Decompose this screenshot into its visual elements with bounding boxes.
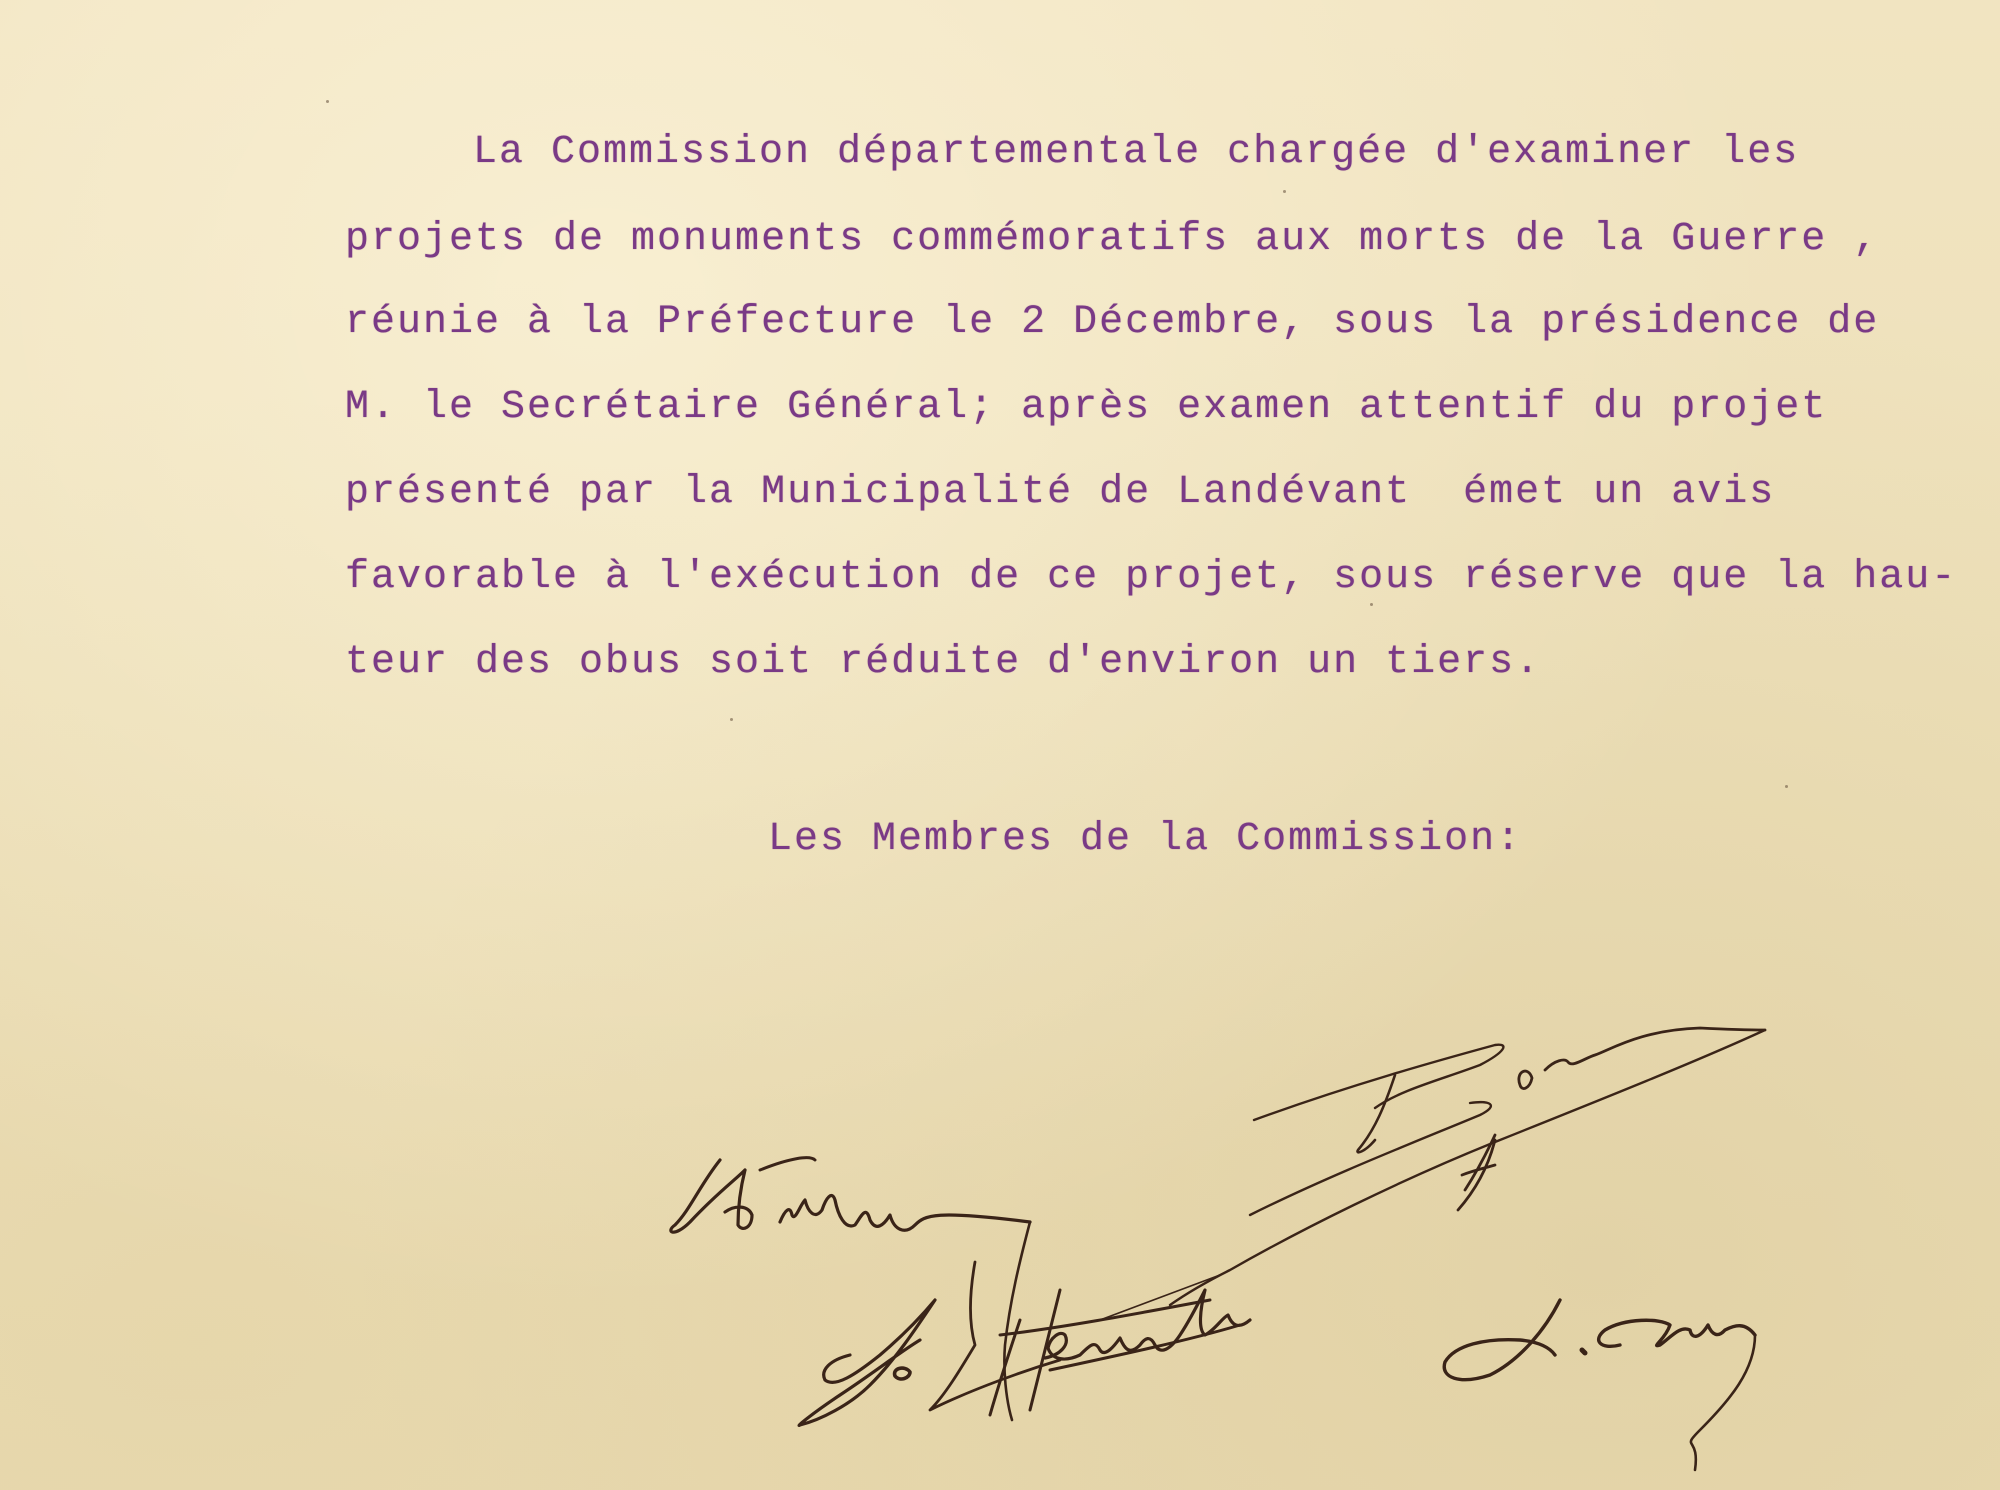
signatures-block xyxy=(0,0,2000,1490)
signature-borin xyxy=(1170,1028,1765,1305)
signature-nicolas xyxy=(671,1158,1030,1420)
signature-le-henaff xyxy=(799,1262,1250,1425)
signature-l-davy xyxy=(1444,1300,1755,1470)
